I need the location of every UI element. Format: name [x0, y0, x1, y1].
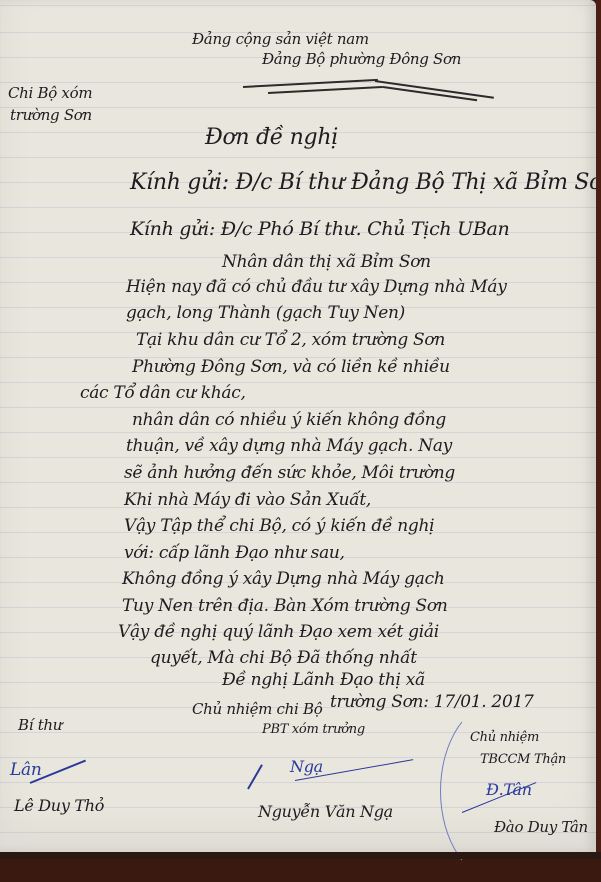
document-title: Đơn đề nghị: [205, 125, 338, 150]
body-line: nhân dân có nhiều ý kiến không đồng: [132, 410, 446, 430]
recipient-line-1: Kính gửi: Đ/c Bí thư Đảng Bộ Thị xã Bỉm …: [130, 170, 601, 195]
body-line: sẽ ảnh hưởng đến sức khỏe, Môi trường: [124, 463, 455, 483]
header-party-committee: Đảng Bộ phường Đông Sơn: [262, 50, 461, 68]
body-line: Tuy Nen trên địa. Bàn Xóm trường Sơn: [122, 596, 447, 616]
header-party-name: Đảng cộng sản việt nam: [192, 30, 369, 48]
body-line: thuận, về xây dựng nhà Máy gạch. Nay: [126, 436, 452, 456]
body-line: Hiện nay đã có chủ đầu tư xây Dựng nhà M…: [126, 277, 507, 297]
signer-1-signature: Lân: [10, 760, 41, 780]
paper-sheet: Đảng cộng sản việt nam Đảng Bộ phường Đô…: [0, 0, 596, 852]
signer-2-signature: Ngạ: [290, 757, 323, 776]
body-line: Tại khu dân cư Tổ 2, xóm trường Sơn: [136, 330, 445, 350]
recipient-line-3: Nhân dân thị xã Bỉm Sơn: [222, 252, 431, 272]
signer-2-name: Nguyễn Văn Ngạ: [258, 802, 393, 821]
sender-hamlet: trường Sơn: [10, 106, 92, 124]
notebook-edge-bottom: [0, 852, 601, 859]
signer-2-subrole: PBT xóm trưởng: [262, 722, 365, 737]
body-line: Vậy Tập thể chi Bộ, có ý kiến đề nghị: [124, 516, 434, 536]
signer-1-name: Lê Duy Thỏ: [14, 796, 104, 815]
header-underline-left-2: [268, 86, 383, 94]
body-line: các Tổ dân cư khác,: [80, 383, 246, 403]
body-line: quyết, Mà chi Bộ Đã thống nhất: [150, 648, 417, 668]
notebook-edge-right: [596, 0, 601, 859]
sender-branch: Chi Bộ xóm: [8, 84, 92, 102]
signer-2-signature-slash: [247, 764, 263, 789]
body-line: Phường Đông Sơn, và có liền kề nhiều: [132, 357, 450, 377]
body-line: gạch, long Thành (gạch Tuy Nen): [126, 303, 405, 323]
signer-1-role: Bí thư: [18, 716, 62, 734]
body-line: Đề nghị Lãnh Đạo thị xã: [222, 670, 425, 690]
stamp-arc: [440, 700, 562, 859]
signer-2-role: Chủ nhiệm chi Bộ: [192, 700, 322, 718]
recipient-line-2: Kính gửi: Đ/c Phó Bí thư. Chủ Tịch UBan: [130, 218, 509, 240]
body-line: Không đồng ý xây Dựng nhà Máy gạch: [122, 569, 444, 589]
header-underline-right: [375, 80, 494, 99]
body-line: Vậy đề nghị quý lãnh Đạo xem xét giải: [118, 622, 439, 642]
body-line: với: cấp lãnh Đạo như sau,: [124, 543, 345, 563]
body-line: Khi nhà Máy đi vào Sản Xuất,: [124, 490, 371, 510]
